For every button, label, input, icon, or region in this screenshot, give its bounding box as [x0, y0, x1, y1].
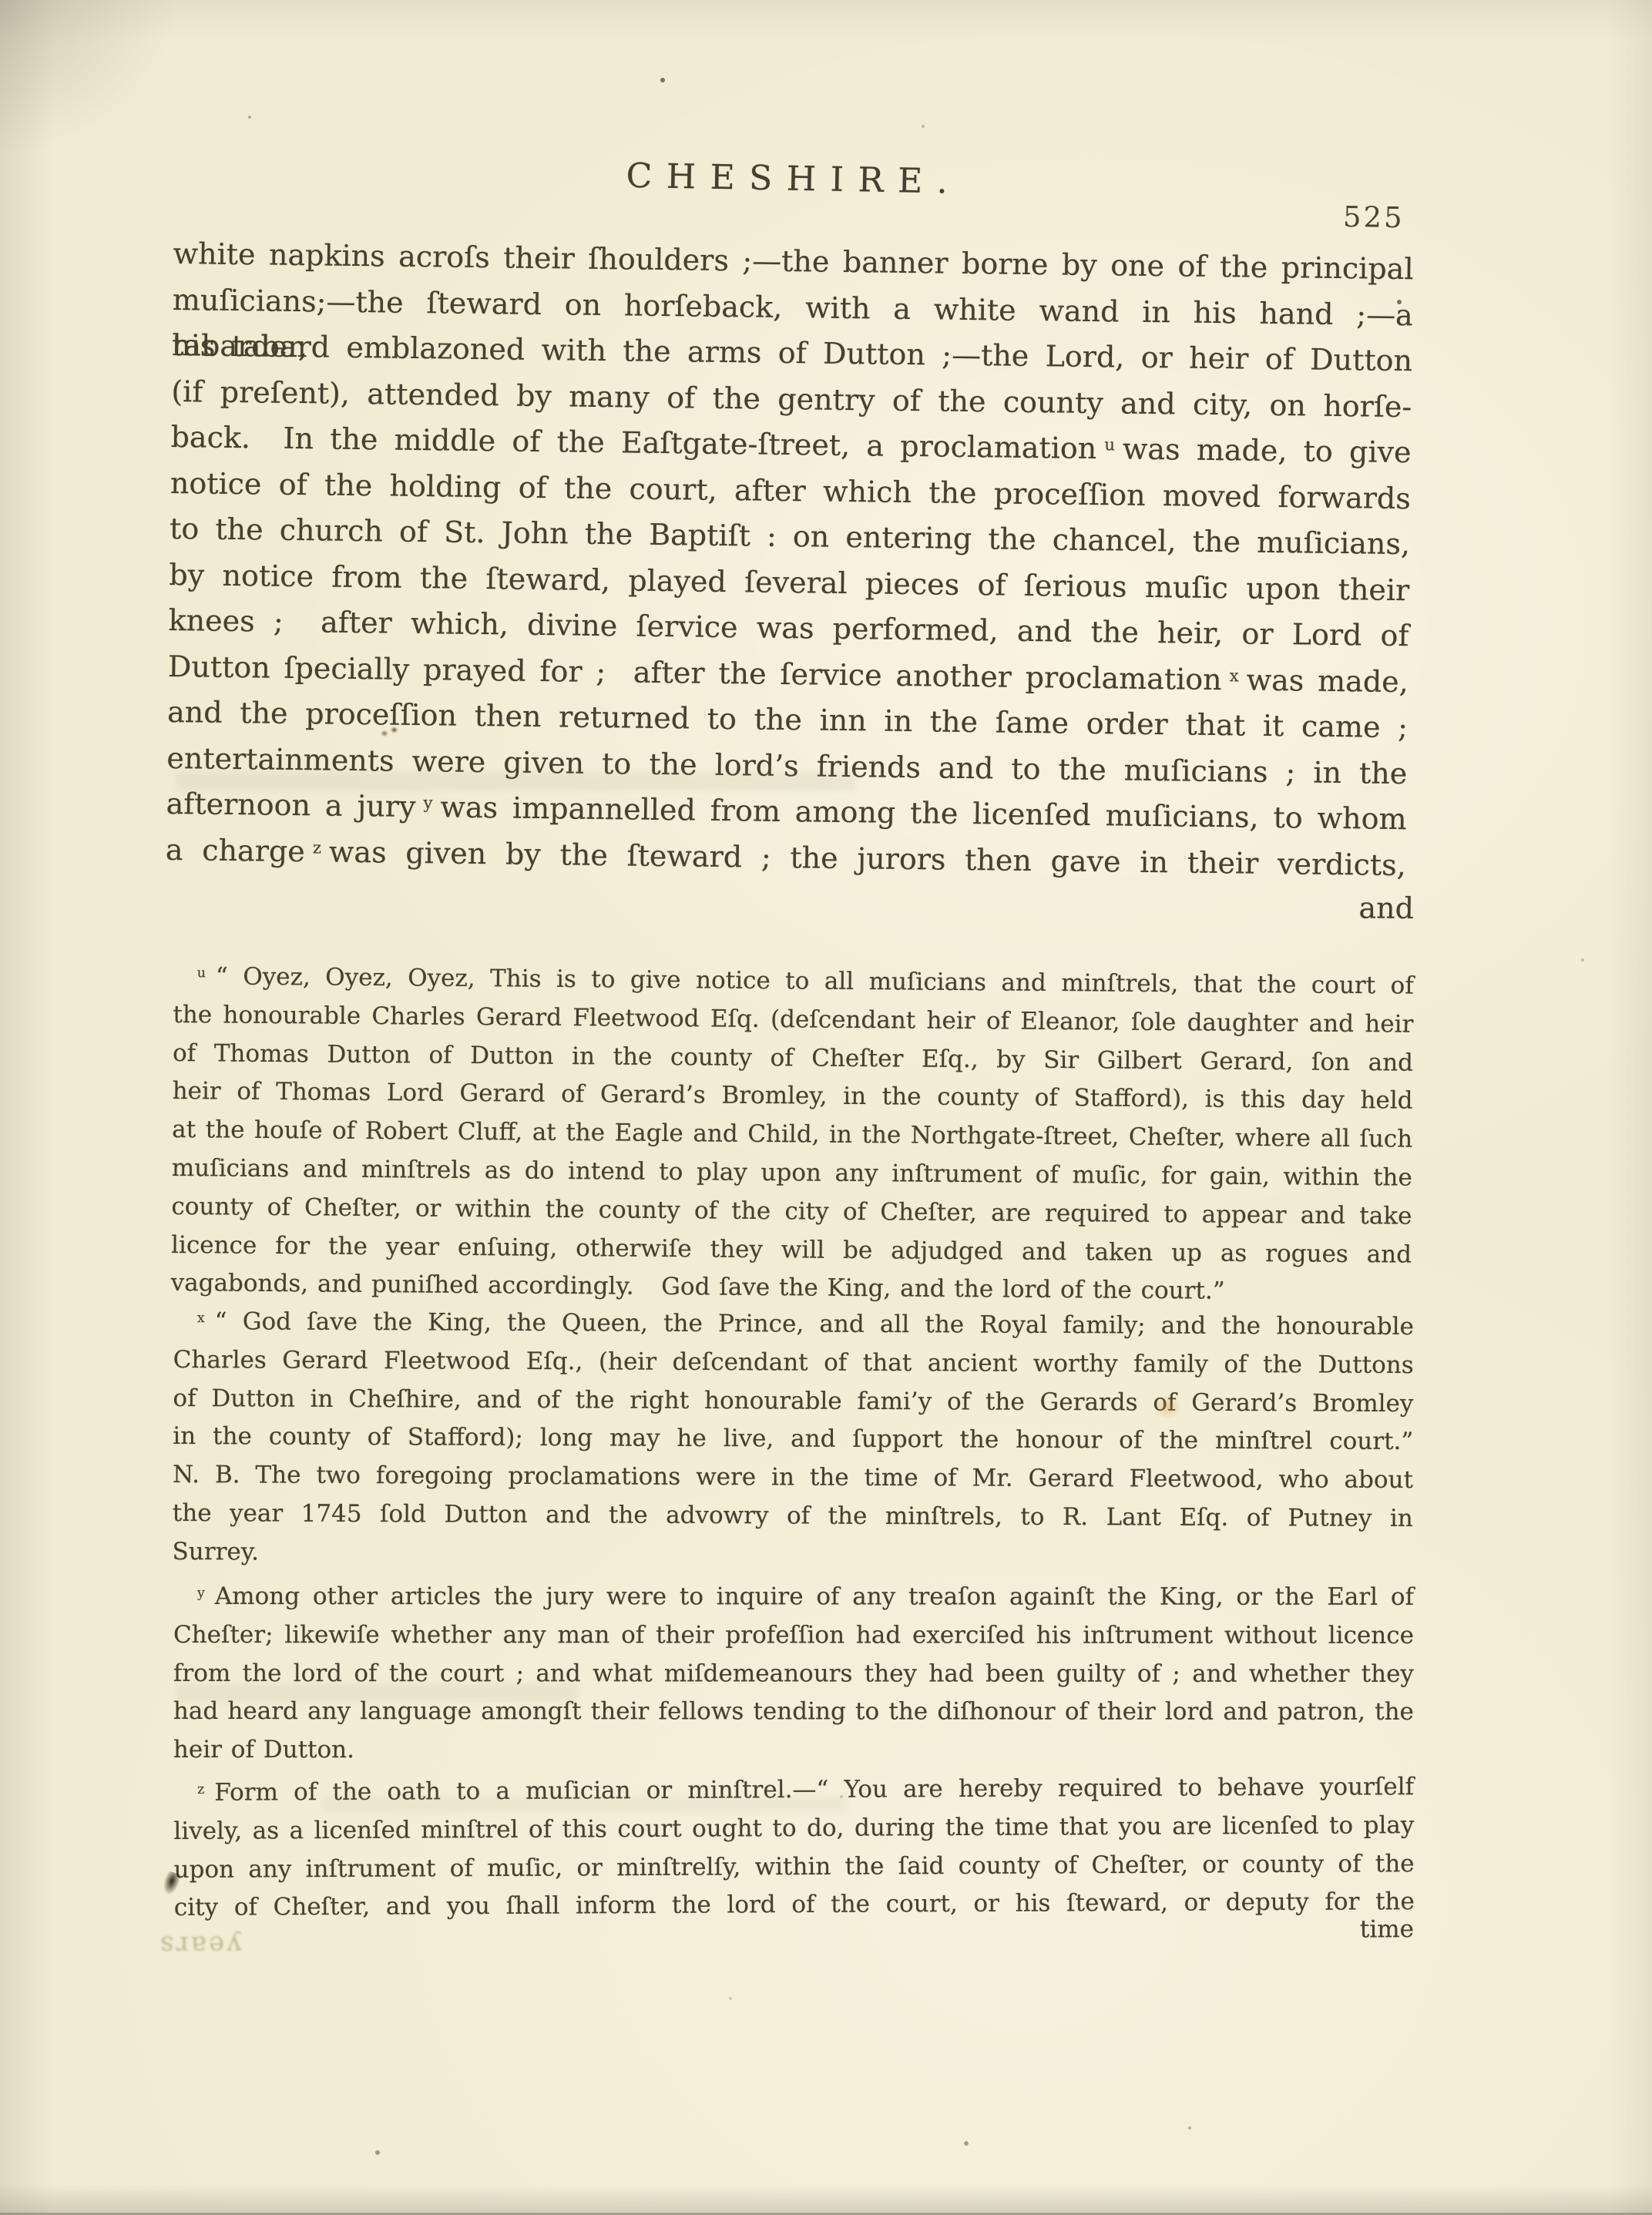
text-run: afternoon a jury — [166, 787, 415, 824]
text-run: of Dutton in Cheſhire, and of the right … — [173, 1384, 1413, 1418]
text-run: Charles Gerard Fleetwood Eſq., (heir deſ… — [173, 1346, 1414, 1379]
text-run: of Thomas Dutton of Dutton in the county… — [173, 1039, 1413, 1077]
text-line: heir of Dutton. — [173, 1731, 1414, 1770]
text-line: had heard any language amongſt their fel… — [173, 1693, 1414, 1732]
footnote-marker: x — [197, 1311, 205, 1327]
text-run: “ Oyez, Oyez, Oyez, This is to give noti… — [216, 962, 1414, 999]
text-run: heir of Thomas Lord Gerard of Gerard’s B… — [172, 1077, 1412, 1115]
footnote-marker: u — [1104, 436, 1115, 455]
paper-specks — [0, 0, 3, 3]
text-run: Surrey. — [173, 1538, 260, 1566]
footnote-marker: z — [313, 838, 322, 857]
text-run: the honourable Charles Gerard Fleetwood … — [173, 1001, 1413, 1039]
text-run: licence for the year enſuing, otherwiſe … — [171, 1231, 1412, 1269]
text-run: county of Cheſter, or within the county … — [171, 1193, 1412, 1230]
footnote-x: x“ God ſave the King, the Queen, the Pri… — [172, 1303, 1414, 1577]
page-title: CHESHIRE. — [173, 148, 1415, 210]
text-line: upon any inſtrument of muſic, or minſtre… — [173, 1844, 1414, 1889]
text-run: back. In the middle of the Eaſtgate-ſtre… — [170, 420, 1096, 465]
text-run: at the houſe of Robert Cluff, at the Eag… — [172, 1116, 1412, 1153]
text-run: was given by the ſteward ; the jurors th… — [329, 834, 1406, 882]
text-line: x“ God ſave the King, the Queen, the Pri… — [173, 1303, 1414, 1347]
text-line: from the lord of the court ; and what mi… — [173, 1654, 1414, 1693]
text-run: heir of Dutton. — [173, 1736, 354, 1764]
text-run: vagabonds, and puniſhed accordingly. God… — [171, 1269, 1225, 1305]
footnote-z: zForm of the oath to a muſician or minſt… — [173, 1768, 1415, 1928]
text-run: had heard any language amongſt their fel… — [173, 1697, 1414, 1726]
text-run: was impannelled from among the licenſed … — [440, 790, 1407, 836]
book-page: CHESHIRE. 525 white napkins acroſs their… — [0, 0, 1652, 2215]
footnote-marker: z — [197, 1782, 204, 1797]
text-run: Dutton ſpecially prayed for ; after the … — [168, 649, 1222, 696]
catchword: and — [173, 881, 1423, 925]
footnotes-block: u“ Oyez, Oyez, Oyez, This is to give not… — [173, 958, 1414, 1928]
text-run: “ God ſave the King, the Queen, the Prin… — [215, 1307, 1414, 1341]
text-line: in the county of Stafford); long may he … — [173, 1418, 1413, 1462]
footnote-marker: y — [197, 1586, 205, 1601]
text-run: muſicians and minſtrels as do intend to … — [172, 1154, 1412, 1192]
text-run: was made, — [1246, 663, 1409, 699]
main-text-block: white napkins acroſs their ſhoulders ;—t… — [166, 231, 1414, 888]
text-run: Cheſter; likewiſe whether any man of the… — [173, 1621, 1414, 1650]
text-run: upon any inſtrument of muſic, or minſtre… — [174, 1849, 1415, 1883]
text-run: Among other articles the jury were to in… — [215, 1582, 1414, 1611]
footnote-marker: u — [197, 966, 206, 982]
footnote-marker: y — [423, 794, 432, 814]
text-run: Form of the oath to a muſician or minſtr… — [214, 1773, 1414, 1807]
page-number: 525 — [1343, 200, 1405, 234]
footnote-y: yAmong other articles the jury were to i… — [173, 1578, 1414, 1770]
footnote-u: u“ Oyez, Oyez, Oyez, This is to give not… — [170, 958, 1413, 1313]
text-run: the year 1745 ſold Dutton and the advowr… — [173, 1499, 1413, 1532]
footnote-marker: x — [1230, 666, 1239, 686]
text-line: N. B. The two foregoing proclamations we… — [173, 1456, 1413, 1500]
text-run: lively, as a licenſed minſtrel of this c… — [173, 1811, 1414, 1845]
text-run: in the county of Stafford); long may he … — [173, 1423, 1413, 1456]
text-run: N. B. The two foregoing proclamations we… — [173, 1461, 1413, 1494]
text-line: yAmong other articles the jury were to i… — [173, 1578, 1414, 1617]
catchword: time — [173, 1915, 1420, 1949]
text-line: of Dutton in Cheſhire, and of the right … — [173, 1380, 1413, 1424]
text-line: Charles Gerard Fleetwood Eſq., (heir deſ… — [173, 1341, 1414, 1385]
text-run: was made, to give — [1123, 432, 1412, 470]
text-run: a charge — [166, 832, 305, 868]
text-line: zForm of the oath to a muſician or minſt… — [173, 1768, 1414, 1813]
text-line: the year 1745 ſold Dutton and the advowr… — [173, 1495, 1413, 1539]
text-line: lively, as a licenſed minſtrel of this c… — [173, 1807, 1414, 1851]
text-run: from the lord of the court ; and what mi… — [173, 1659, 1414, 1687]
text-line: Surrey. — [172, 1533, 1412, 1577]
text-line: Cheſter; likewiſe whether any man of the… — [173, 1616, 1414, 1656]
